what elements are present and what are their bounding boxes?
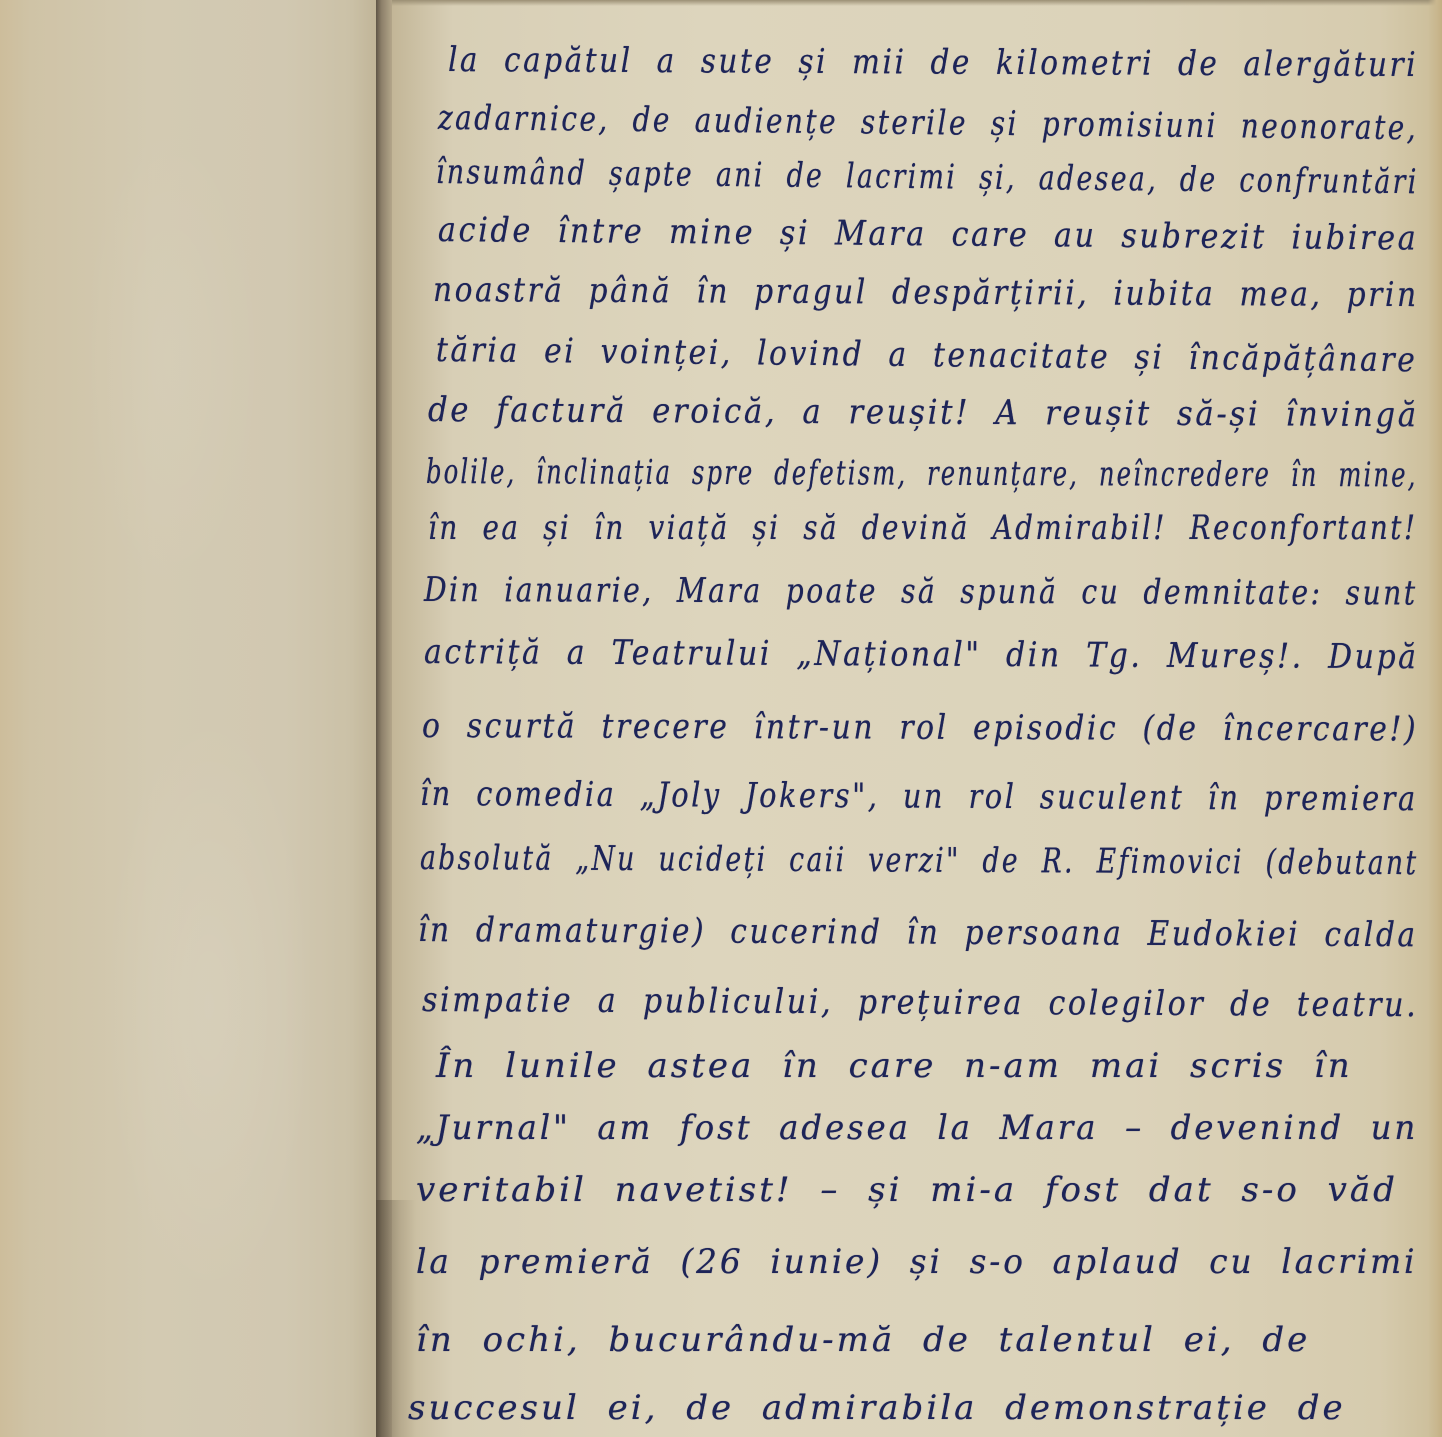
handwritten-line: de factură eroică, a reușit! A reușit să… [428,390,1419,435]
handwritten-line: noastră până în pragul despărțirii, iubi… [433,270,1419,315]
handwritten-line: acide între mine și Mara care au subrezi… [438,210,1419,259]
page-right-edge [1428,0,1442,1437]
handwritten-line: la capătul a sute și mii de kilometri de… [448,40,1418,85]
page-top-edge [390,0,1442,6]
handwritten-line: o scurtă trecere într-un rol episodic (d… [422,706,1418,749]
left-page-blank [0,0,380,1437]
notebook-spread: la capătul a sute și mii de kilometri de… [0,0,1442,1437]
handwritten-line: succesul ei, de admirabila demonstrație … [408,1388,1346,1428]
handwritten-line: la premieră (26 iunie) și s-o aplaud cu … [416,1242,1417,1282]
handwritten-line: în comedia „Joly Jokers", un rol suculen… [420,774,1418,819]
handwritten-line: Din ianuarie, Mara poate să spună cu dem… [424,570,1418,613]
handwritten-line: actriță a Teatrului „Național" din Tg. M… [424,632,1419,677]
handwritten-line: în ochi, bucurându-mă de talentul ei, de [416,1320,1310,1360]
handwritten-line: în dramaturgie) cucerind în persoana Eud… [418,910,1418,955]
handwritten-line: absolută „Nu ucideți caii verzi" de R. E… [420,838,1419,883]
handwritten-line: bolile, înclinația spre defetism, renunț… [426,452,1418,495]
handwritten-line: În lunile astea în care n-am mai scris î… [436,1046,1353,1086]
handwritten-line: simpatie a publicului, prețuirea colegil… [422,980,1419,1025]
handwritten-line: „Jurnal" am fost adesea la Mara – deveni… [416,1108,1418,1148]
handwritten-line: veritabil navetist! – și mi-a fost dat s… [416,1170,1398,1210]
handwritten-line: în ea și în viață și să devină Admirabil… [428,508,1418,548]
